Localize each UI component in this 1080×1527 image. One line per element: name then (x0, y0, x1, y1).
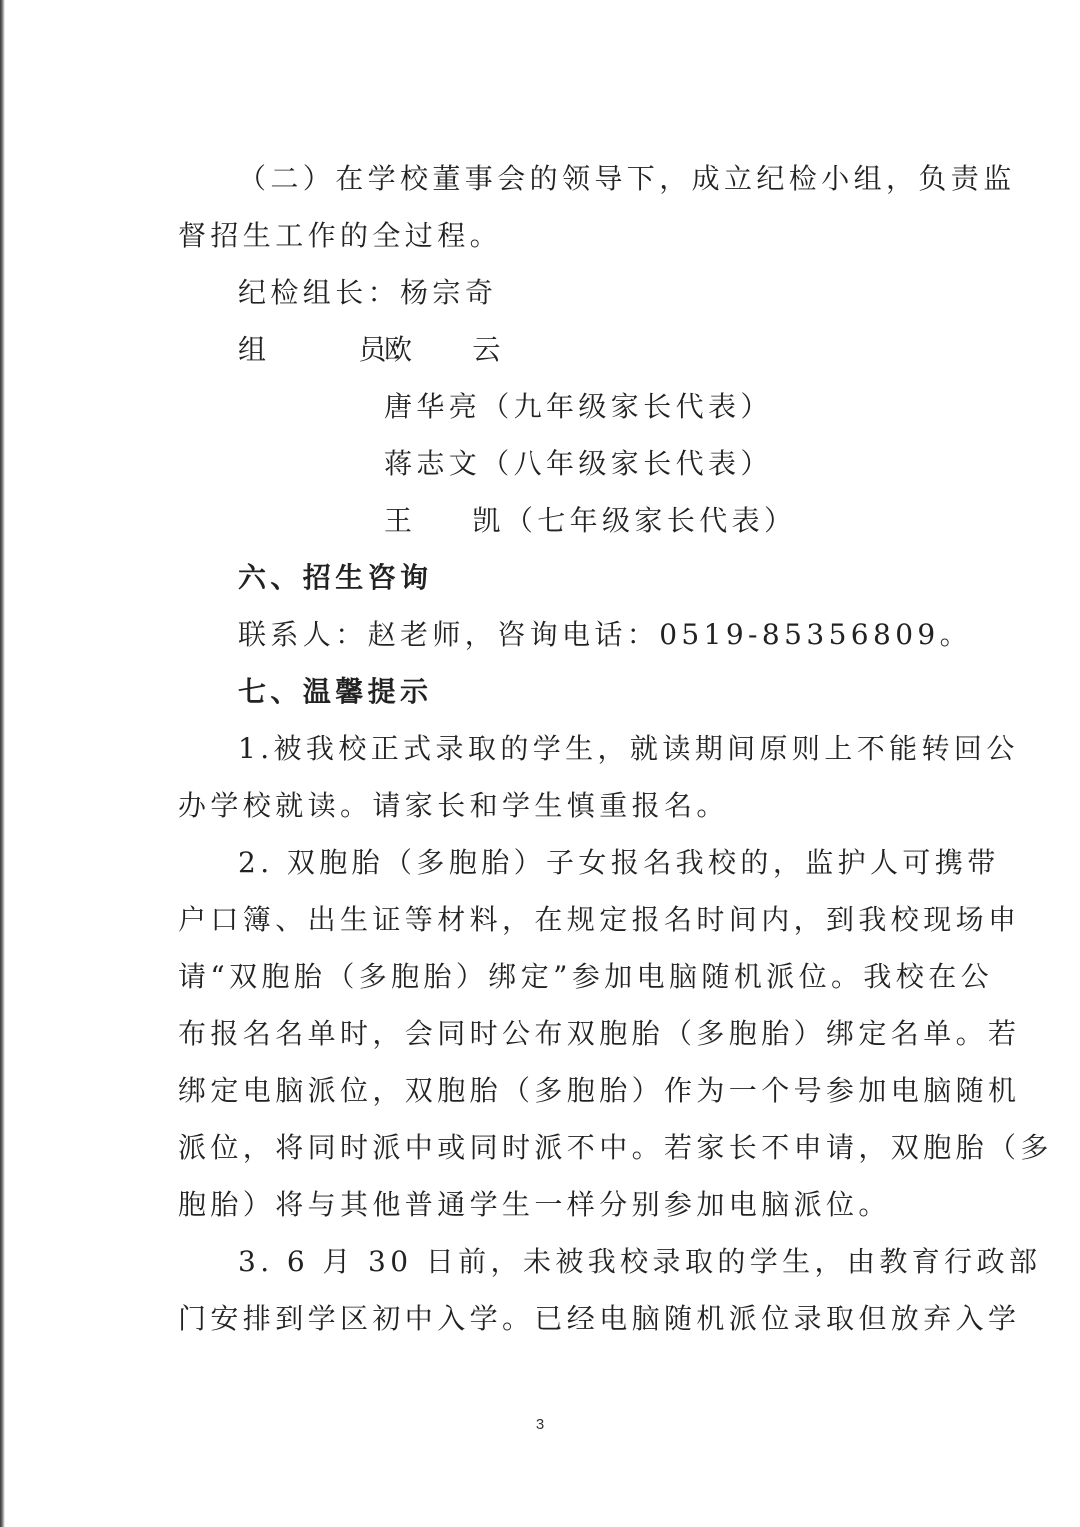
group-leader-line: 纪检组长：杨宗奇 (178, 264, 933, 321)
member-given-name: 云 (472, 333, 504, 366)
member-surname: 王 (384, 504, 416, 537)
section-heading-enrollment-inquiry: 六、招生咨询 (178, 549, 933, 606)
scan-edge-shadow (0, 0, 5, 1527)
group-leader-label: 纪检组长： (238, 276, 400, 309)
group-member-row: 王凯（七年级家长代表） (178, 492, 933, 549)
page-number: 3 (0, 1416, 1080, 1433)
member-role: （八年级家长代表） (481, 447, 773, 480)
group-leader-name: 杨宗奇 (400, 276, 497, 309)
paragraph-line: 督招生工作的全过程。 (178, 207, 933, 264)
group-members-label: 组员： (238, 321, 384, 378)
reminder-item-1-line: 1.被我校正式录取的学生，就读期间原则上不能转回公 (178, 720, 933, 777)
reminder-item-2-line: 布报名名单时，会同时公布双胞胎（多胞胎）绑定名单。若 (178, 1005, 933, 1062)
member-name: 蒋志文 (384, 447, 481, 480)
member-name: 唐华亮 (384, 390, 481, 423)
section-heading-reminders: 七、温馨提示 (178, 663, 933, 720)
group-members-line: 组员：欧云 (178, 321, 933, 378)
contact-line: 联系人：赵老师，咨询电话：0519-85356809。 (178, 606, 933, 663)
reminder-item-2-line: 户口簿、出生证等材料，在规定报名时间内，到我校现场申 (178, 891, 933, 948)
reminder-item-2-line: 派位，将同时派中或同时派不中。若家长不申请，双胞胎（多 (178, 1119, 933, 1176)
group-member-row: 蒋志文（八年级家长代表） (178, 435, 933, 492)
member-surname: 欧 (384, 333, 416, 366)
member-role: （九年级家长代表） (481, 390, 773, 423)
document-page: （二）在学校董事会的领导下，成立纪检小组，负责监 督招生工作的全过程。 纪检组长… (178, 150, 933, 1347)
member-role: （七年级家长代表） (505, 504, 797, 537)
reminder-item-3-line: 3. 6 月 30 日前，未被我校录取的学生，由教育行政部 (178, 1233, 933, 1290)
reminder-item-3-line: 门安排到学区初中入学。已经电脑随机派位录取但放弃入学 (178, 1290, 933, 1347)
reminder-item-2-line: 请“双胞胎（多胞胎）绑定”参加电脑随机派位。我校在公 (178, 948, 933, 1005)
reminder-item-2-line: 2. 双胞胎（多胞胎）子女报名我校的，监护人可携带 (178, 834, 933, 891)
reminder-item-1-line: 办学校就读。请家长和学生慎重报名。 (178, 777, 933, 834)
group-member-row: 唐华亮（九年级家长代表） (178, 378, 933, 435)
reminder-item-2-line: 绑定电脑派位，双胞胎（多胞胎）作为一个号参加电脑随机 (178, 1062, 933, 1119)
paragraph-line: （二）在学校董事会的领导下，成立纪检小组，负责监 (178, 150, 933, 207)
member-given-name: 凯 (472, 504, 504, 537)
reminder-item-2-line: 胞胎）将与其他普通学生一样分别参加电脑派位。 (178, 1176, 933, 1233)
